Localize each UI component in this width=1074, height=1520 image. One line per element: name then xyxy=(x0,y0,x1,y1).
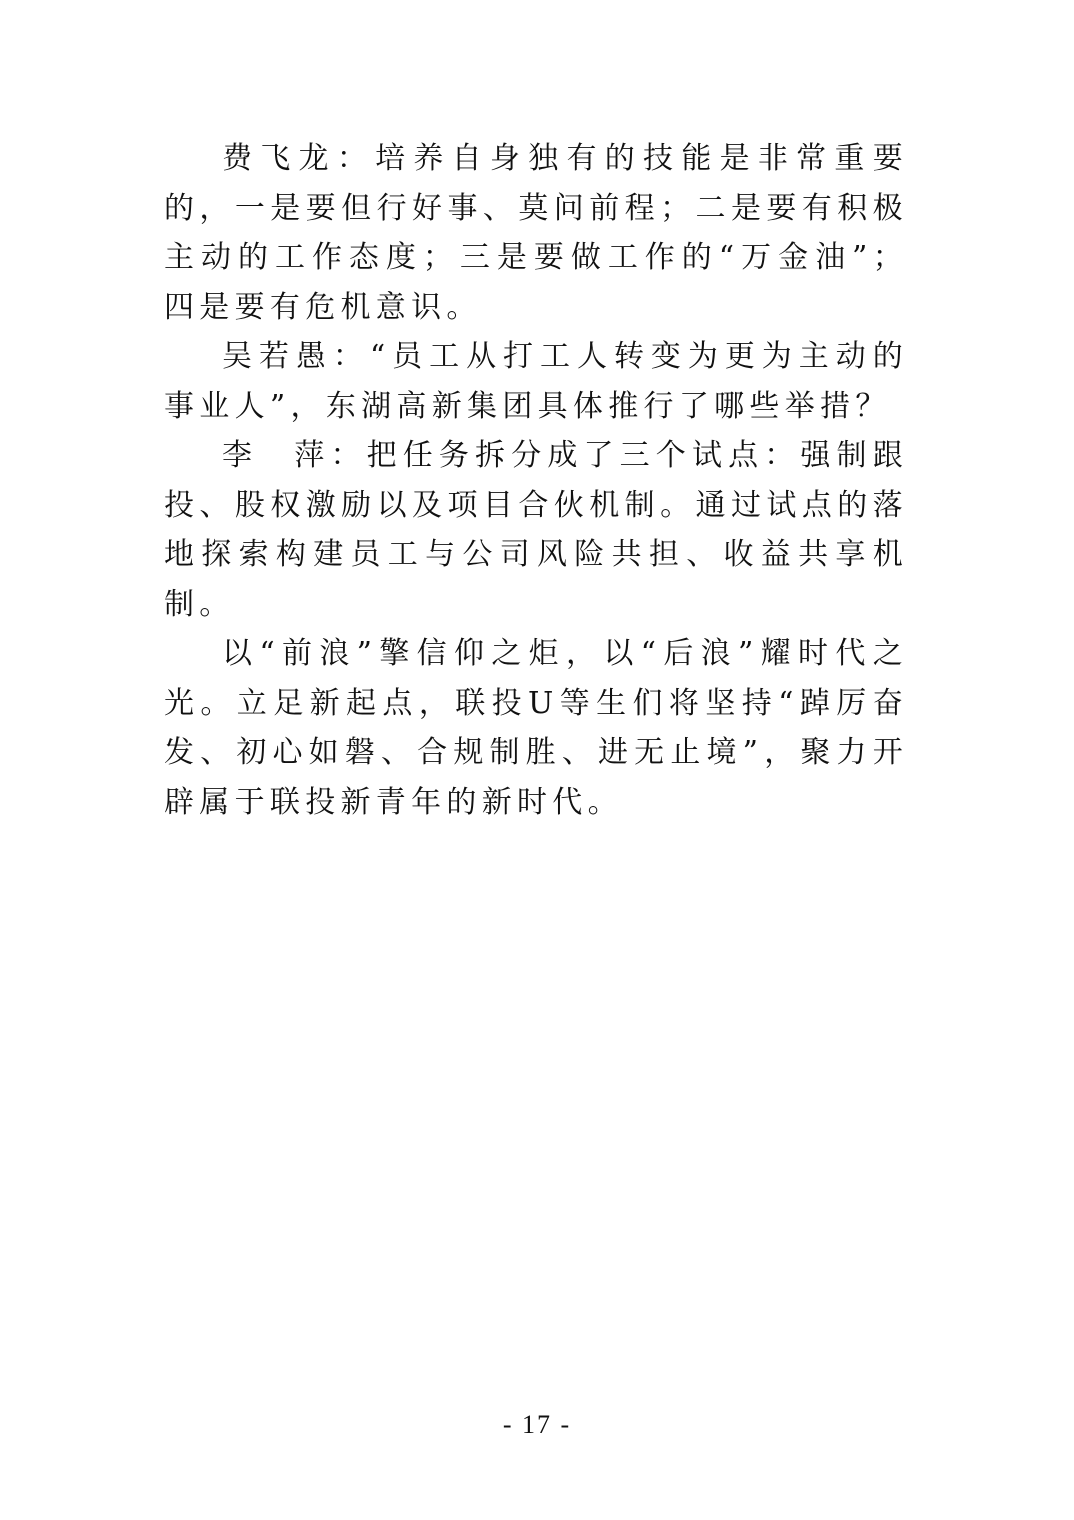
paragraph-fei-feilong: 费飞龙：培养自身独有的技能是非常重要的，一是要但行好事、莫问前程；二是要有积极主… xyxy=(164,134,908,332)
paragraph-wu-ruoyu: 吴若愚：“员工从打工人转变为更为主动的事业人”，东湖高新集团具体推行了哪些举措？ xyxy=(164,332,908,431)
page-number: - 17 - xyxy=(0,1410,1074,1440)
paragraph-li-ping: 李 萍：把任务拆分成了三个试点：强制跟投、股权激励以及项目合伙机制。通过试点的落… xyxy=(164,431,908,629)
document-page: 费飞龙：培养自身独有的技能是非常重要的，一是要但行好事、莫问前程；二是要有积极主… xyxy=(0,0,1074,1520)
document-body: 费飞龙：培养自身独有的技能是非常重要的，一是要但行好事、莫问前程；二是要有积极主… xyxy=(164,134,908,827)
paragraph-conclusion: 以“前浪”擎信仰之炬，以“后浪”耀时代之光。立足新起点，联投U等生们将坚持“踔厉… xyxy=(164,629,908,827)
